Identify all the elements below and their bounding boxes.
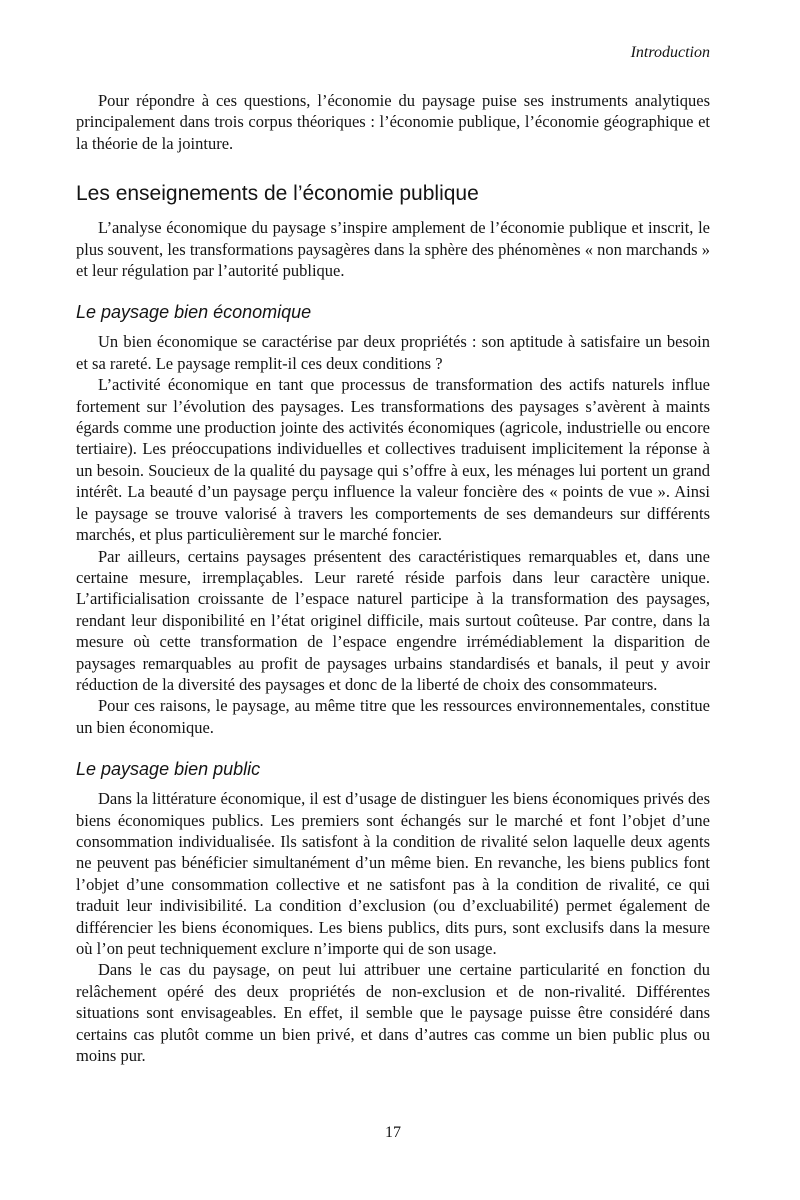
page-number: 17 — [76, 1124, 710, 1142]
paragraph-raisons: Pour ces raisons, le paysage, au même ti… — [76, 695, 710, 738]
paragraph-ailleurs: Par ailleurs, certains paysages présente… — [76, 546, 710, 696]
book-page: Introduction Pour répondre à ces questio… — [0, 0, 800, 1200]
page-body: Pour répondre à ces questions, l’économi… — [76, 90, 710, 1066]
paragraph-cas-paysage: Dans le cas du paysage, on peut lui attr… — [76, 959, 710, 1066]
paragraph-intro: Pour répondre à ces questions, l’économi… — [76, 90, 710, 154]
paragraph-bien-economique: Un bien économique se caractérise par de… — [76, 331, 710, 374]
paragraph-analyse: L’analyse économique du paysage s’inspir… — [76, 217, 710, 281]
running-header: Introduction — [76, 44, 710, 62]
subsection-heading-bien-public: Le paysage bien public — [76, 758, 710, 780]
paragraph-litterature: Dans la littérature économique, il est d… — [76, 788, 710, 959]
paragraph-activite: L’activité économique en tant que proces… — [76, 374, 710, 545]
section-heading-economie-publique: Les enseignements de l’économie publique — [76, 181, 710, 206]
subsection-heading-bien-economique: Le paysage bien économique — [76, 301, 710, 323]
